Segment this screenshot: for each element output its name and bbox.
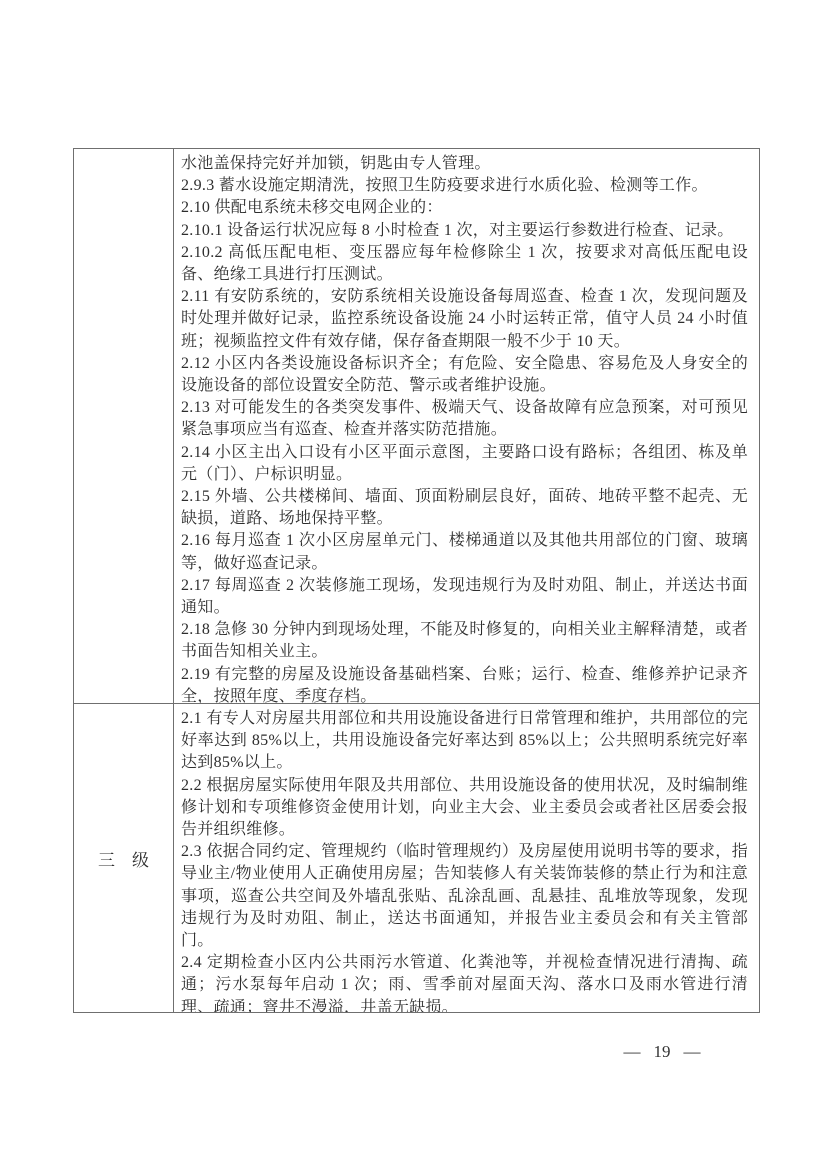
clause-paragraph: 2.18 急修 30 分钟内到现场处理，不能及时修复的，向相关业主解释清楚，或者… [181,619,748,663]
requirements-cell-row1: 水池盖保持完好并加锁，钥匙由专人管理。 2.9.3 蓄水设施定期清洗，按照卫生防… [174,149,759,704]
clause-paragraph: 水池盖保持完好并加锁，钥匙由专人管理。 [181,153,748,175]
clause-paragraph: 2.10.2 高低压配电柜、变压器应每年检修除尘 1 次，按要求对高低压配电设备… [181,242,748,286]
service-standards-table: 水池盖保持完好并加锁，钥匙由专人管理。 2.9.3 蓄水设施定期清洗，按照卫生防… [73,148,760,1013]
clause-paragraph: 2.13 对可能发生的各类突发事件、极端天气、设备故障有应急预案，对可预见紧急事… [181,397,748,441]
clause-paragraph: 2.12 小区内各类设施设备标识齐全；有危险、安全隐患、容易危及人身安全的设施设… [181,353,748,397]
footer-dash-right: — [684,1042,701,1062]
clause-paragraph: 2.16 每月巡查 1 次小区房屋单元门、楼梯通道以及其他共用部位的门窗、玻璃等… [181,530,748,574]
document-page: 水池盖保持完好并加锁，钥匙由专人管理。 2.9.3 蓄水设施定期清洗，按照卫生防… [0,0,827,1169]
clause-paragraph: 2.17 每周巡查 2 次装修施工现场，发现违规行为及时劝阻、制止，并送达书面通… [181,575,748,619]
clause-paragraph: 2.3 依据合同约定、管理规约（临时管理规约）及房屋使用说明书等的要求，指导业主… [181,841,748,952]
clause-paragraph: 2.4 定期检查小区内公共雨污水管道、化粪池等，并视检查情况进行清掏、疏通；污水… [181,952,748,1012]
level-label-cell-row2: 三 级 [74,704,174,1012]
clause-paragraph: 2.2 根据房屋实际使用年限及共用部位、共用设施设备的使用状况，及时编制维修计划… [181,775,748,842]
page-number: 19 [654,1042,671,1062]
clause-paragraph: 2.10.1 设备运行状况应每 8 小时检查 1 次，对主要运行参数进行检查、记… [181,220,748,242]
clause-paragraph: 2.9.3 蓄水设施定期清洗，按照卫生防疫要求进行水质化验、检测等工作。 [181,175,748,197]
clause-paragraph: 2.11 有安防系统的，安防系统相关设施设备每周巡查、检查 1 次，发现问题及时… [181,286,748,353]
clause-paragraph: 2.15 外墙、公共楼梯间、墙面、顶面粉刷层良好，面砖、地砖平整不起壳、无缺损，… [181,486,748,530]
clause-paragraph: 2.14 小区主出入口设有小区平面示意图，主要路口设有路标；各组团、栋及单元（门… [181,442,748,486]
clause-paragraph: 2.19 有完整的房屋及设施设备基础档案、台账；运行、检查、维修养护记录齐全，按… [181,664,748,704]
footer-dash-left: — [624,1042,641,1062]
level-label-row2: 三 级 [98,846,149,871]
level-label-cell-row1 [74,149,174,704]
requirements-cell-row2: 2.1 有专人对房屋共用部位和共用设施设备进行日常管理和维护，共用部位的完好率达… [174,704,759,1012]
page-footer: — 19 — [592,1042,732,1062]
clause-paragraph: 2.10 供配电系统未移交电网企业的： [181,197,748,219]
clause-paragraph: 2.1 有专人对房屋共用部位和共用设施设备进行日常管理和维护，共用部位的完好率达… [181,708,748,775]
